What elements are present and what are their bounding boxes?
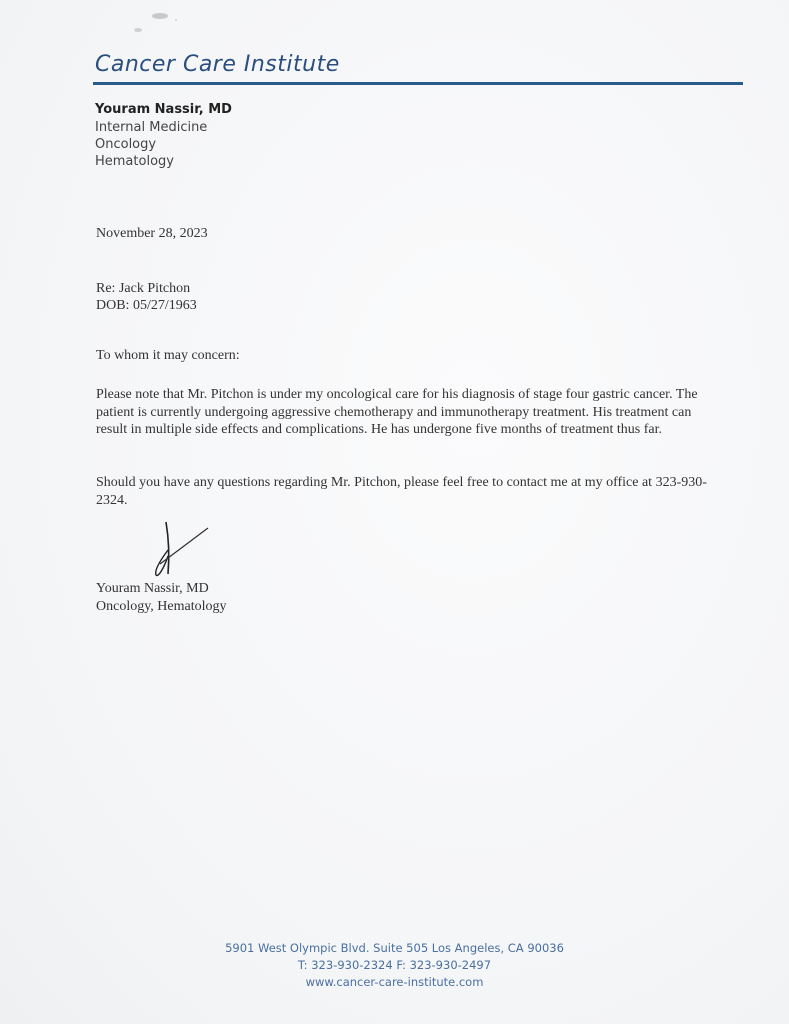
body-paragraph-1: Please note that Mr. Pitchon is under my…	[96, 386, 716, 439]
specialty-internal-medicine: Internal Medicine	[95, 119, 232, 136]
specialty-hematology: Hematology	[95, 153, 232, 170]
footer-address: 5901 West Olympic Blvd. Suite 505 Los An…	[0, 940, 789, 957]
footer-phones: T: 323-930-2324 F: 323-930-2497	[0, 957, 789, 974]
footer-website: www.cancer-care-institute.com	[0, 974, 789, 991]
re-block: Re: Jack Pitchon DOB: 05/27/1963	[96, 280, 197, 314]
letterhead-footer: 5901 West Olympic Blvd. Suite 505 Los An…	[0, 940, 789, 991]
signer-name: Youram Nassir, MD	[96, 580, 227, 598]
organization-name: Cancer Care Institute	[95, 52, 340, 77]
signer-title: Oncology, Hematology	[96, 598, 227, 616]
signature-block: Youram Nassir, MD Oncology, Hematology	[96, 580, 227, 616]
doctor-info: Youram Nassir, MD Internal Medicine Onco…	[95, 101, 232, 170]
doctor-name: Youram Nassir, MD	[95, 101, 232, 119]
scan-specks	[130, 6, 210, 36]
letter-date: November 28, 2023	[96, 226, 208, 242]
body-paragraph-2: Should you have any questions regarding …	[96, 474, 716, 509]
letterhead-divider	[93, 82, 743, 85]
salutation: To whom it may concern:	[96, 348, 240, 364]
re-line: Re: Jack Pitchon	[96, 280, 197, 297]
specialty-oncology: Oncology	[95, 136, 232, 153]
signature-icon	[148, 520, 218, 578]
dob-line: DOB: 05/27/1963	[96, 297, 197, 314]
